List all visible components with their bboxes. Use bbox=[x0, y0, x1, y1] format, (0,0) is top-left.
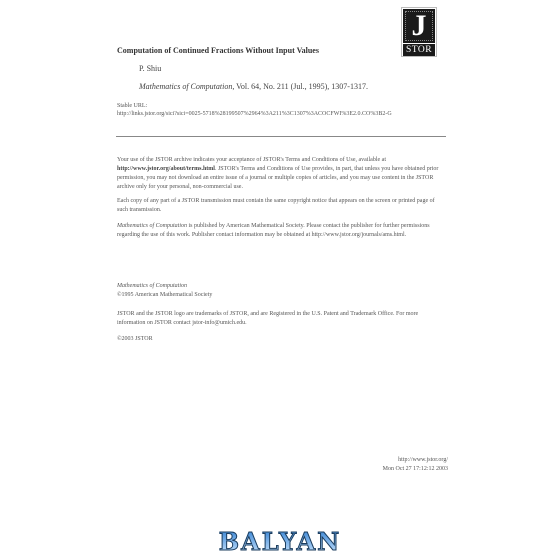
jstor-logo-emblem: J bbox=[403, 9, 435, 43]
jstor-logo: J STOR bbox=[401, 7, 437, 57]
citation-details: , Vol. 64, No. 211 (Jul., 1995), 1307-13… bbox=[232, 82, 368, 91]
article-author: P. Shiu bbox=[139, 64, 161, 73]
watermark-logo: BALYAN bbox=[0, 527, 560, 556]
terms-link[interactable]: http://www.jstor.org/about/terms.html bbox=[117, 166, 215, 172]
article-citation: Mathematics of Computation, Vol. 64, No.… bbox=[139, 82, 368, 91]
jstor-logo-letter: J bbox=[412, 11, 427, 41]
article-title: Computation of Continued Fractions Witho… bbox=[117, 46, 319, 55]
jstor-copyright: ©2003 JSTOR bbox=[117, 336, 153, 342]
footer-date: Mon Oct 27 17:12:12 2003 bbox=[383, 466, 448, 472]
publisher-journal-name: Mathematics of Computation bbox=[117, 283, 187, 289]
copy-notice-paragraph: Each copy of any part of a JSTOR transmi… bbox=[117, 197, 447, 215]
footer-url[interactable]: http://www.jstor.org/ bbox=[398, 457, 448, 463]
divider bbox=[116, 136, 446, 137]
terms-text: Your use of the JSTOR archive indicates … bbox=[117, 157, 386, 163]
publisher-paragraph: Mathematics of Computation is published … bbox=[117, 222, 447, 240]
publisher-journal: Mathematics of Computation bbox=[117, 223, 187, 229]
stable-url-link[interactable]: http://links.jstor.org/sici?sici=0025-57… bbox=[117, 111, 392, 117]
trademark-paragraph: JSTOR and the JSTOR logo are trademarks … bbox=[117, 310, 447, 328]
jstor-logo-text: STOR bbox=[403, 44, 435, 56]
stable-url-label: Stable URL: bbox=[117, 103, 147, 109]
terms-paragraph: Your use of the JSTOR archive indicates … bbox=[117, 156, 447, 192]
publisher-copyright: ©1995 American Mathematical Society bbox=[117, 292, 212, 298]
document-page: J STOR Computation of Continued Fraction… bbox=[0, 0, 560, 560]
journal-name: Mathematics of Computation bbox=[139, 82, 232, 91]
